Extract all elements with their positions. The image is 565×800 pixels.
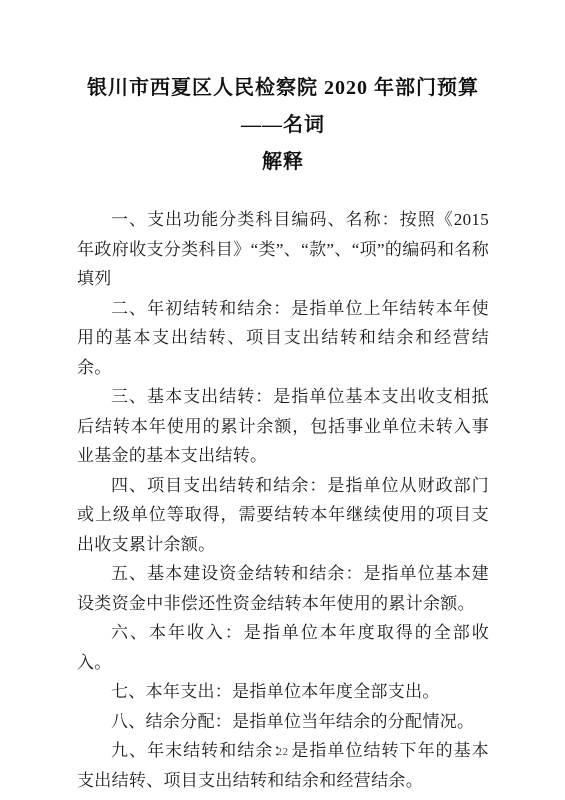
document-title: 银川市西夏区人民检察院 2020 年部门预算——名词解释 bbox=[77, 70, 489, 181]
glossary-paragraph-2: 二、年初结转和结余：是指单位上年结转本年使用的基本支出结转、项目支出结转和结余和… bbox=[77, 294, 489, 383]
glossary-paragraph-5: 五、基本建设资金结转和结余：是指单位基本建设类资金中非偿还性资金结转本年使用的累… bbox=[77, 559, 489, 618]
glossary-paragraph-3: 三、基本支出结转：是指单位基本支出收支相抵后结转本年使用的累计余额，包括事业单位… bbox=[77, 382, 489, 471]
glossary-paragraph-8: 八、结余分配：是指单位当年结余的分配情况。 bbox=[77, 707, 489, 737]
document-title-line1: 银川市西夏区人民检察院 2020 年部门预算——名词 bbox=[87, 77, 479, 136]
glossary-paragraph-1: 一、支出功能分类科目编码、名称：按照《2015 年政府收支分类科目》“类”、“款… bbox=[77, 205, 489, 294]
page-number: 22 bbox=[0, 746, 565, 758]
glossary-paragraph-6: 六、本年收入：是指单位本年度取得的全部收入。 bbox=[77, 618, 489, 677]
glossary-paragraph-4: 四、项目支出结转和结余：是指单位从财政部门或上级单位等取得，需要结转本年继续使用… bbox=[77, 471, 489, 560]
glossary-paragraph-7: 七、本年支出：是指单位本年度全部支出。 bbox=[77, 677, 489, 707]
glossary-paragraph-9: 九、年末结转和结余：是指单位结转下年的基本支出结转、项目支出结转和结余和经营结余… bbox=[77, 736, 489, 795]
document-page: 银川市西夏区人民检察院 2020 年部门预算——名词解释 一、支出功能分类科目编… bbox=[0, 0, 565, 800]
document-title-line2: 解释 bbox=[262, 151, 304, 173]
document-body: 一、支出功能分类科目编码、名称：按照《2015 年政府收支分类科目》“类”、“款… bbox=[77, 205, 489, 795]
